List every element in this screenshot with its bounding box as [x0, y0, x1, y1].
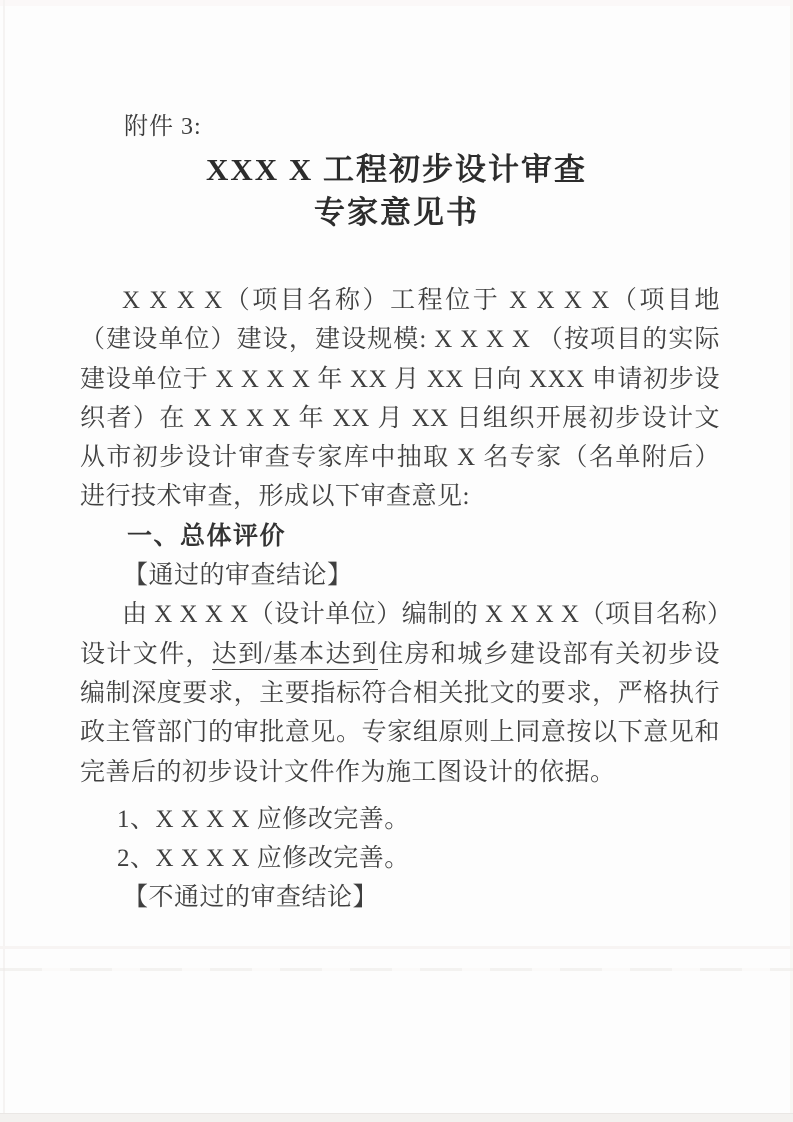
document-title-line-2: 专家意见书 [0, 191, 793, 234]
document-title: XXX X 工程初步设计审查 专家意见书 [0, 148, 793, 234]
review-item: 2、X X X X 应修改完善。 [80, 839, 720, 878]
review-item: 1、X X X X 应修改完善。 [80, 800, 720, 839]
paragraph-line: X X X X（项目名称）工程位于 X X X X（项目地址），为 X X X … [80, 281, 720, 320]
paragraph-line: 政主管部门的审批意见。专家组原则上同意按以下意见和建议补充 [80, 713, 720, 752]
paragraph-line: 由 X X X X（设计单位）编制的 X X X X（项目名称）工程初步 [80, 595, 720, 634]
document-body: X X X X（项目名称）工程位于 X X X X（项目地址），为 X X X … [80, 281, 720, 918]
fail-conclusion-label: 【不通过的审查结论】 [80, 878, 720, 917]
underlined-phrase: 达到/基本达到 [212, 641, 378, 670]
paragraph-text: 设计文件， [80, 641, 212, 668]
document-title-line-1: XXX X 工程初步设计审查 [0, 148, 793, 191]
paragraph-line: 进行技术审查，形成以下审查意见: [80, 477, 720, 516]
scan-artifact-streak-dashed [0, 968, 793, 971]
attachment-label: 附件 3: [124, 112, 202, 142]
document-page: 附件 3: XXX X 工程初步设计审查 专家意见书 X X X X（项目名称）… [0, 0, 793, 1122]
paragraph-line: （建设单位）建设，建设规模: X X X X （按项目的实际情况填写） [80, 320, 720, 359]
paragraph-line: 完善后的初步设计文件作为施工图设计的依据。 [80, 753, 720, 792]
paragraph-line: 设计文件，达到/基本达到住房和城乡建设部有关初步设计文件的 [80, 635, 720, 674]
scan-artifact-bottom-edge [0, 1113, 793, 1122]
paragraph-line: 建设单位于 X X X X 年 XX 月 XX 日向 XXX 申请初步设计审批，… [80, 360, 720, 399]
pass-conclusion-label: 【通过的审查结论】 [80, 556, 720, 595]
section-heading: 一、总体评价 [80, 517, 720, 556]
scan-artifact-streak [0, 946, 793, 949]
paragraph-line: 织者）在 X X X X 年 XX 月 XX 日组织开展初步设计文件技术审查工作… [80, 399, 720, 438]
paragraph-line: 从市初步设计审查专家库中抽取 X 名专家（名单附后）组成专家组 [80, 438, 720, 477]
scan-artifact-top-edge [0, 0, 793, 6]
paragraph-line: 编制深度要求，主要指标符合相关批文的要求，严格执行了有关行 [80, 674, 720, 713]
review-items: 1、X X X X 应修改完善。 2、X X X X 应修改完善。 [80, 800, 720, 879]
